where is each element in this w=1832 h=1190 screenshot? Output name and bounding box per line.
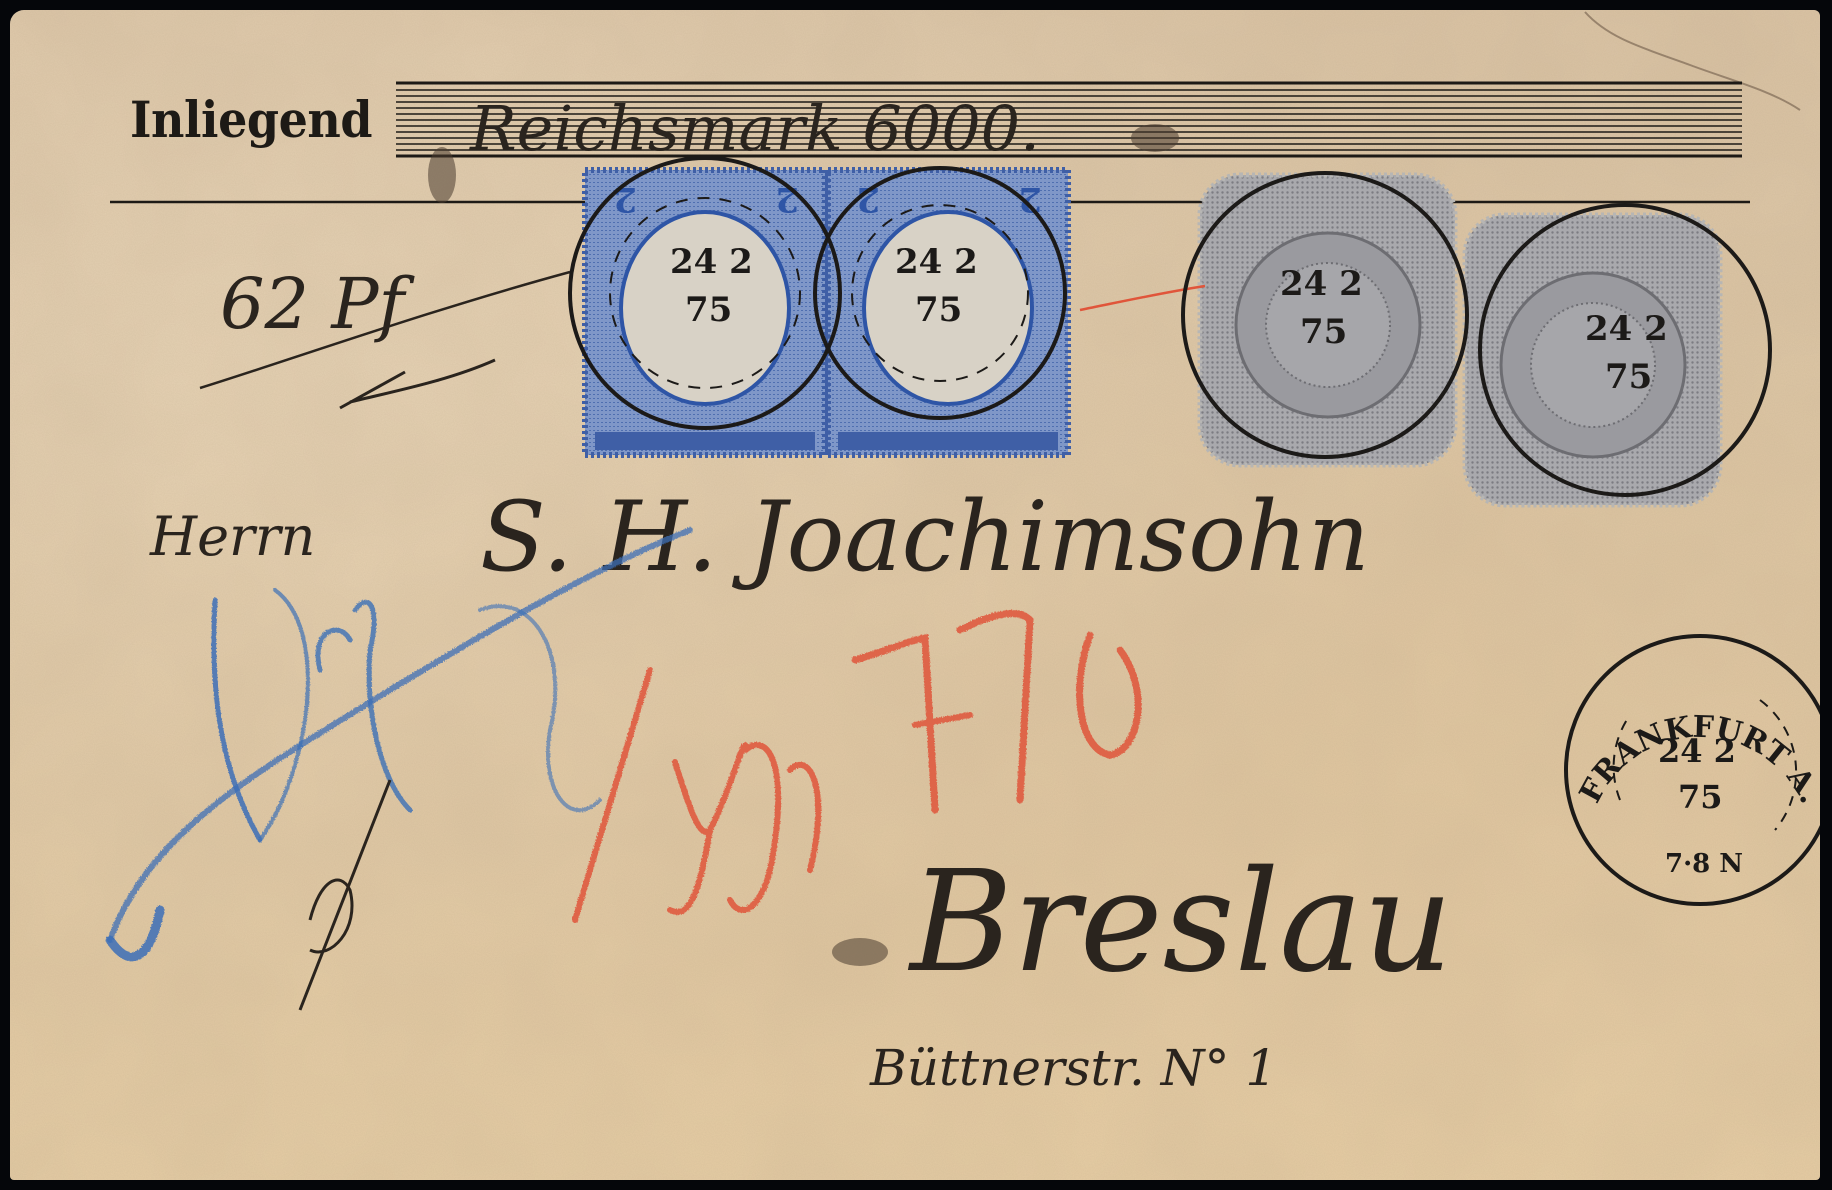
svg-text:75: 75: [1605, 357, 1652, 397]
svg-text:24 2: 24 2: [1658, 732, 1736, 770]
svg-text:75: 75: [1678, 778, 1723, 816]
svg-text:7·8 N: 7·8 N: [1665, 849, 1743, 879]
svg-text:24 2: 24 2: [1280, 264, 1363, 304]
addressee-salutation: Herrn: [149, 505, 315, 568]
envelope: Inliegend: [10, 10, 1820, 1180]
addressee-name: S. H. Joachimsohn: [480, 481, 1370, 593]
stamp-4: [1465, 215, 1720, 505]
black-frame: Inliegend: [0, 0, 1832, 1190]
svg-text:24 2: 24 2: [895, 242, 978, 282]
svg-text:75: 75: [685, 290, 732, 330]
rate-note: 62 Pf: [220, 263, 415, 345]
svg-text:75: 75: [915, 290, 962, 330]
postmark-5: FRANKFURT A.O. 24 2 75 7·8 N: [1566, 636, 1820, 904]
blue-stamp-pair: 2 2 2 2: [585, 170, 1068, 455]
svg-text:24 2: 24 2: [670, 242, 753, 282]
street-line: Büttnerstr. N° 1: [869, 1039, 1277, 1097]
declared-value: Reichsmark 6000.: [469, 92, 1040, 165]
envelope-artwork: Reichsmark 6000. 62 Pf 2 2 2: [10, 10, 1820, 1180]
destination-city: Breslau: [907, 841, 1453, 1004]
svg-text:75: 75: [1300, 312, 1347, 352]
svg-text:24 2: 24 2: [1585, 309, 1668, 349]
